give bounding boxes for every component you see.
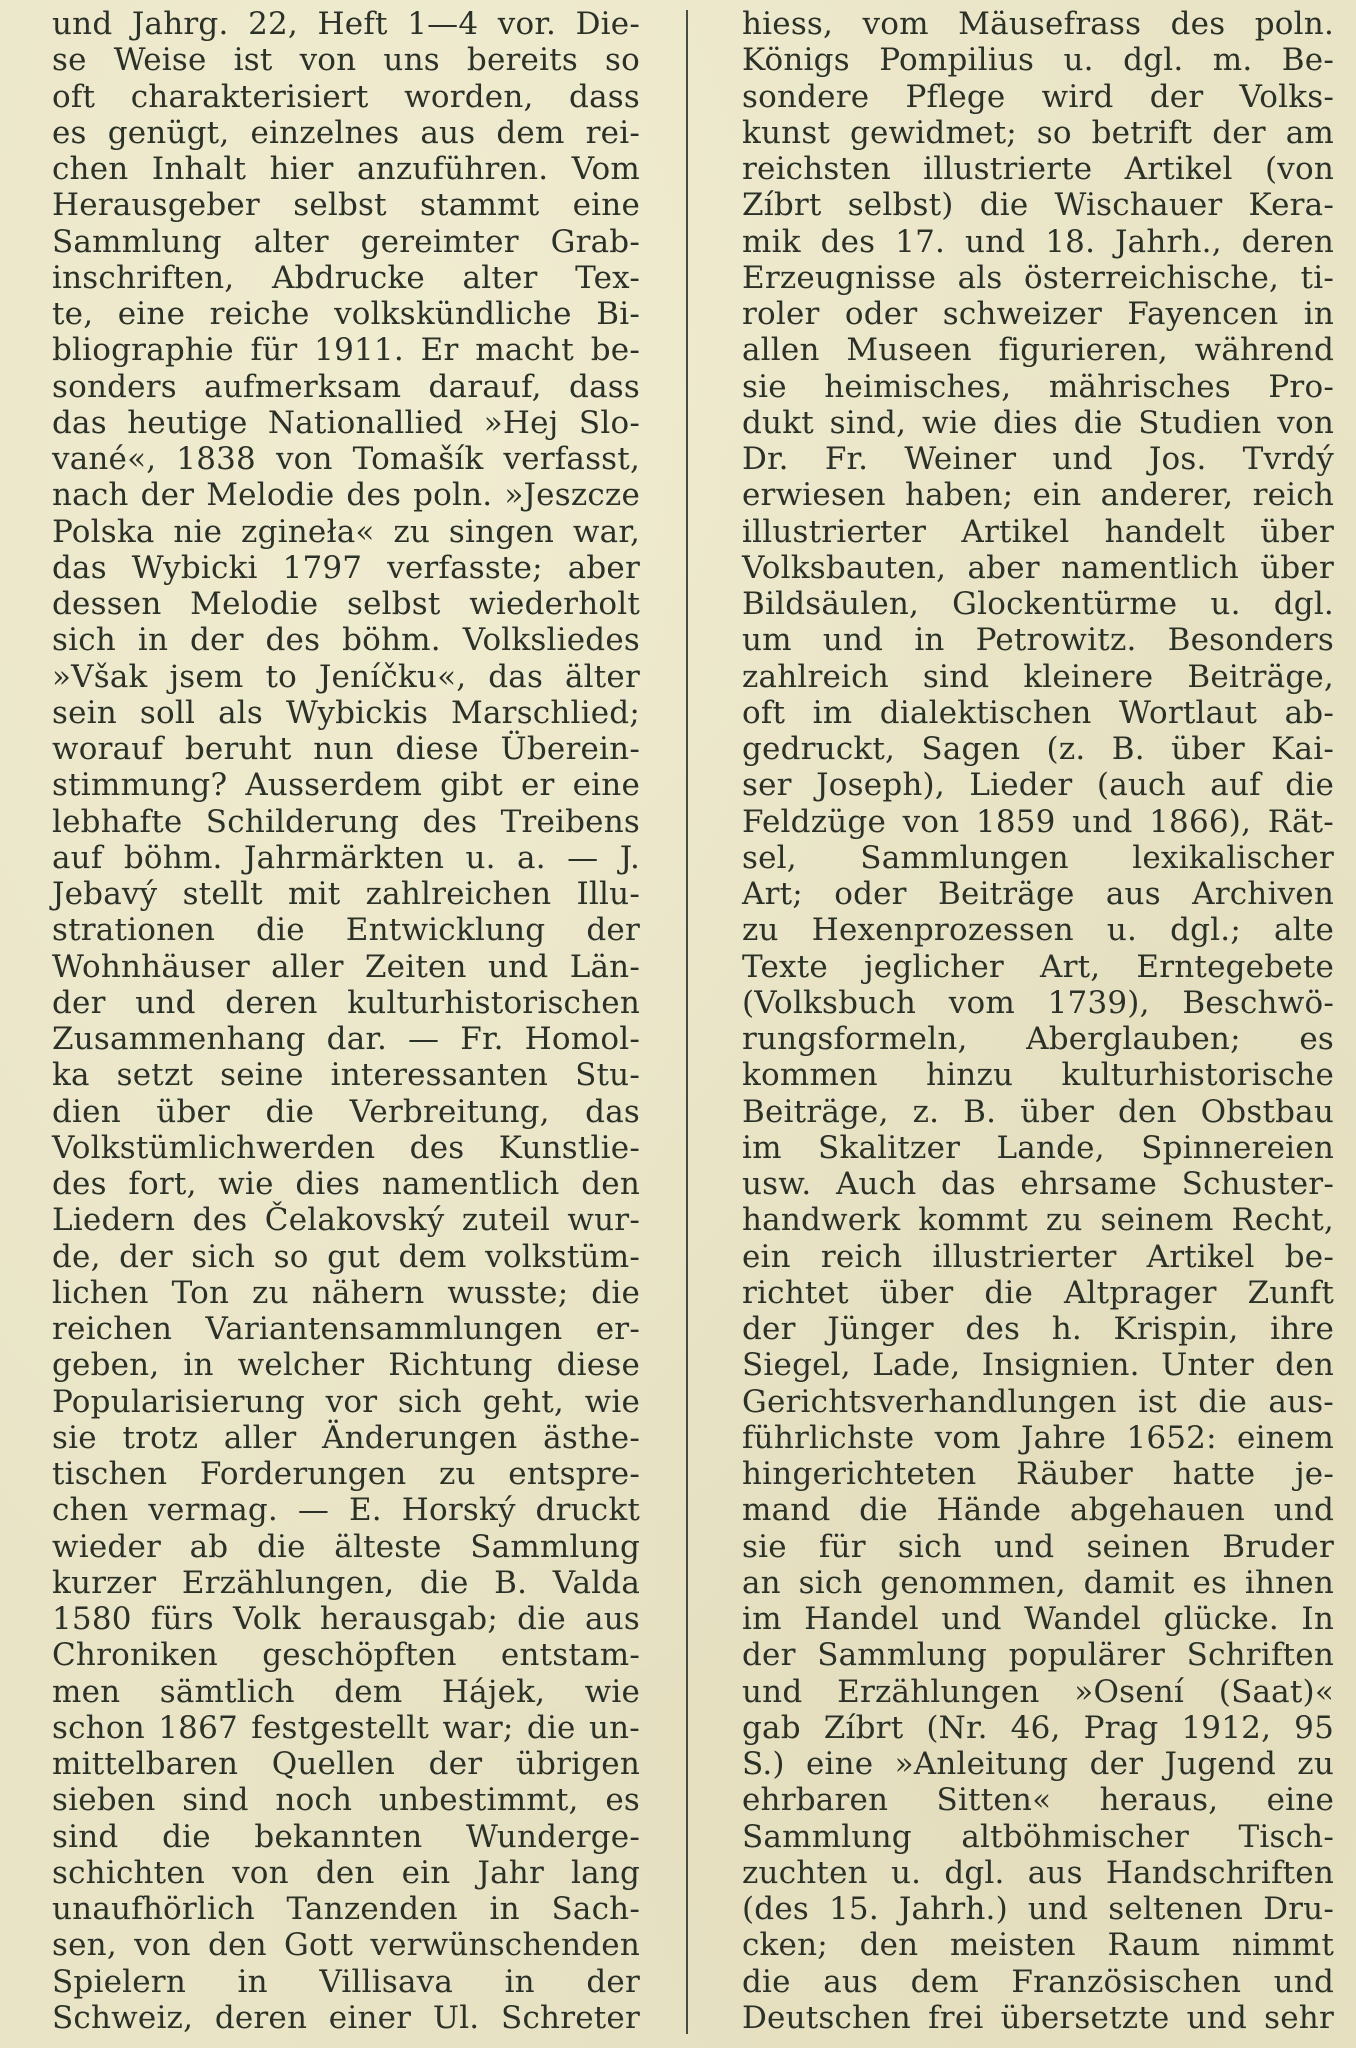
text-line: (des 15. Jahrh.) und seltenen Dru-	[742, 1891, 1334, 1927]
text-line: das heutige Nationallied »Hej Slo-	[52, 405, 640, 441]
text-line: der Jünger des h. Krispin, ihre	[742, 1311, 1334, 1347]
text-line: Volksbauten, aber namentlich über	[742, 550, 1334, 586]
text-line: hiess, vom Mäusefrass des poln.	[742, 6, 1334, 42]
text-line: erwiesen haben; ein anderer, reich	[742, 477, 1334, 513]
text-line: sieben sind noch unbestimmt, es	[52, 1782, 640, 1818]
text-line: Volkstümlichwerden des Kunstlie-	[52, 1130, 640, 1166]
text-line: Gerichtsverhandlungen ist die aus-	[742, 1384, 1334, 1420]
text-line: S.) eine »Anleitung der Jugend zu	[742, 1746, 1334, 1782]
text-line: zu Hexenprozessen u. dgl.; alte	[742, 912, 1334, 948]
text-line: kommen hinzu kulturhistorische	[742, 1057, 1334, 1093]
text-line: Chroniken geschöpften entstam-	[52, 1637, 640, 1673]
text-line: Feldzüge von 1859 und 1866), Rät-	[742, 804, 1334, 840]
text-line: Jebavý stellt mit zahlreichen Illu-	[52, 876, 640, 912]
text-line: Spielern in Villisava in der	[52, 1964, 640, 2000]
text-line: kurzer Erzählungen, die B. Valda	[52, 1565, 640, 1601]
text-line: Schweiz, deren einer Ul. Schreter	[52, 2000, 640, 2036]
text-line: ka setzt seine interessanten Stu-	[52, 1057, 640, 1093]
text-line: bliographie für 1911. Er macht be-	[52, 332, 640, 368]
text-line: chen vermag. — E. Horský druckt	[52, 1492, 640, 1528]
text-line: gab Zíbrt (Nr. 46, Prag 1912, 95	[742, 1710, 1334, 1746]
text-line: strationen die Entwicklung der	[52, 912, 640, 948]
text-line: rungsformeln, Aberglauben; es	[742, 1021, 1334, 1057]
text-line: Siegel, Lade, Insignien. Unter den	[742, 1347, 1334, 1383]
text-line: Liedern des Čelakovský zuteil wur-	[52, 1202, 640, 1238]
right-text-column: hiess, vom Mäusefrass des poln.Königs Po…	[742, 6, 1334, 2036]
text-line: dukt sind, wie dies die Studien von	[742, 405, 1334, 441]
text-line: reichen Variantensammlungen er-	[52, 1311, 640, 1347]
text-line: im Handel und Wandel glücke. In	[742, 1601, 1334, 1637]
text-line: um und in Petrowitz. Besonders	[742, 622, 1334, 658]
text-line: sein soll als Wybickis Marschlied;	[52, 695, 640, 731]
text-line: im Skalitzer Lande, Spinnereien	[742, 1130, 1334, 1166]
text-line: richtet über die Altprager Zunft	[742, 1275, 1334, 1311]
left-text-column: und Jahrg. 22, Heft 1—4 vor. Die-se Weis…	[52, 6, 640, 2036]
text-line: oft im dialektischen Wortlaut ab-	[742, 695, 1334, 731]
text-line: mittelbaren Quellen der übrigen	[52, 1746, 640, 1782]
text-line: handwerk kommt zu seinem Recht,	[742, 1202, 1334, 1238]
text-line: lebhafte Schilderung des Treibens	[52, 804, 640, 840]
text-line: vané«, 1838 von Tomašík verfasst,	[52, 441, 640, 477]
text-line: kunst gewidmet; so betrift der am	[742, 115, 1334, 151]
text-line: tischen Forderungen zu entspre-	[52, 1456, 640, 1492]
text-line: Sammlung alter gereimter Grab-	[52, 224, 640, 260]
text-line: sich in der des böhm. Volksliedes	[52, 622, 640, 658]
text-line: inschriften, Abdrucke alter Tex-	[52, 260, 640, 296]
text-line: zuchten u. dgl. aus Handschriften	[742, 1855, 1334, 1891]
text-line: das Wybicki 1797 verfasste; aber	[52, 550, 640, 586]
text-line: und Erzählungen »Osení (Saat)«	[742, 1674, 1334, 1710]
text-line: sie heimisches, mährisches Pro-	[742, 369, 1334, 405]
text-line: allen Museen figurieren, während	[742, 332, 1334, 368]
text-line: chen Inhalt hier anzuführen. Vom	[52, 151, 640, 187]
text-line: men sämtlich dem Hájek, wie	[52, 1674, 640, 1710]
text-line: sondere Pflege wird der Volks-	[742, 79, 1334, 115]
text-line: oft charakterisiert worden, dass	[52, 79, 640, 115]
text-line: Wohnhäuser aller Zeiten und Län-	[52, 949, 640, 985]
text-line: se Weise ist von uns bereits so	[52, 42, 640, 78]
text-line: cken; den meisten Raum nimmt	[742, 1927, 1334, 1963]
text-line: dien über die Verbreitung, das	[52, 1094, 640, 1130]
text-line: ein reich illustrierter Artikel be-	[742, 1239, 1334, 1275]
text-line: Zusammenhang dar. — Fr. Homol-	[52, 1021, 640, 1057]
text-line: roler oder schweizer Fayencen in	[742, 296, 1334, 332]
text-line: (Volksbuch vom 1739), Beschwö-	[742, 985, 1334, 1021]
text-line: Deutschen frei übersetzte und sehr	[742, 2000, 1334, 2036]
text-line: reichsten illustrierte Artikel (von	[742, 151, 1334, 187]
text-line: lichen Ton zu nähern wusste; die	[52, 1275, 640, 1311]
text-line: sen, von den Gott verwünschenden	[52, 1927, 640, 1963]
text-line: Zíbrt selbst) die Wischauer Kera-	[742, 187, 1334, 223]
text-line: wieder ab die älteste Sammlung	[52, 1529, 640, 1565]
text-line: dessen Melodie selbst wiederholt	[52, 586, 640, 622]
text-line: die aus dem Französischen und	[742, 1964, 1334, 2000]
text-line: der Sammlung populärer Schriften	[742, 1637, 1334, 1673]
text-line: sel, Sammlungen lexikalischer	[742, 840, 1334, 876]
text-line: Bildsäulen, Glockentürme u. dgl.	[742, 586, 1334, 622]
text-line: es genügt, einzelnes aus dem rei-	[52, 115, 640, 151]
text-line: führlichste vom Jahre 1652: einem	[742, 1420, 1334, 1456]
text-line: geben, in welcher Richtung diese	[52, 1347, 640, 1383]
text-line: Erzeugnisse als österreichische, ti-	[742, 260, 1334, 296]
text-line: nach der Melodie des poln. »Jeszcze	[52, 477, 640, 513]
text-line: zahlreich sind kleinere Beiträge,	[742, 659, 1334, 695]
text-line: der und deren kulturhistorischen	[52, 985, 640, 1021]
text-line: Dr. Fr. Weiner und Jos. Tvrdý	[742, 441, 1334, 477]
text-line: mik des 17. und 18. Jahrh., deren	[742, 224, 1334, 260]
text-line: gedruckt, Sagen (z. B. über Kai-	[742, 731, 1334, 767]
text-line: Art; oder Beiträge aus Archiven	[742, 876, 1334, 912]
text-line: sie für sich und seinen Bruder	[742, 1529, 1334, 1565]
text-line: 1580 fürs Volk herausgab; die aus	[52, 1601, 640, 1637]
text-line: stimmung? Ausserdem gibt er eine	[52, 767, 640, 803]
text-line: mand die Hände abgehauen und	[742, 1492, 1334, 1528]
text-line: Texte jeglicher Art, Erntegebete	[742, 949, 1334, 985]
column-divider-rule	[686, 10, 688, 2034]
text-line: Beiträge, z. B. über den Obstbau	[742, 1094, 1334, 1130]
text-line: »Však jsem to Jeníčku«, das älter	[52, 659, 640, 695]
text-line: auf böhm. Jahrmärkten u. a. — J.	[52, 840, 640, 876]
text-line: schichten von den ein Jahr lang	[52, 1855, 640, 1891]
text-line: und Jahrg. 22, Heft 1—4 vor. Die-	[52, 6, 640, 42]
text-line: schon 1867 festgestellt war; die un-	[52, 1710, 640, 1746]
scanned-page: und Jahrg. 22, Heft 1—4 vor. Die-se Weis…	[0, 0, 1356, 2048]
text-line: de, der sich so gut dem volkstüm-	[52, 1239, 640, 1275]
text-line: usw. Auch das ehrsame Schuster-	[742, 1166, 1334, 1202]
text-line: illustrierter Artikel handelt über	[742, 514, 1334, 550]
text-line: hingerichteten Räuber hatte je-	[742, 1456, 1334, 1492]
text-line: sind die bekannten Wunderge-	[52, 1819, 640, 1855]
text-line: Königs Pompilius u. dgl. m. Be-	[742, 42, 1334, 78]
text-line: sie trotz aller Änderungen ästhe-	[52, 1420, 640, 1456]
text-line: sonders aufmerksam darauf, dass	[52, 369, 640, 405]
text-line: Sammlung altböhmischer Tisch-	[742, 1819, 1334, 1855]
text-line: ehrbaren Sitten« heraus, eine	[742, 1782, 1334, 1818]
text-line: Popularisierung vor sich geht, wie	[52, 1384, 640, 1420]
text-line: Polska nie zgineła« zu singen war,	[52, 514, 640, 550]
text-line: des fort, wie dies namentlich den	[52, 1166, 640, 1202]
text-line: te, eine reiche volkskündliche Bi-	[52, 296, 640, 332]
text-line: an sich genommen, damit es ihnen	[742, 1565, 1334, 1601]
text-line: ser Joseph), Lieder (auch auf die	[742, 767, 1334, 803]
text-line: worauf beruht nun diese Überein-	[52, 731, 640, 767]
text-line: Herausgeber selbst stammt eine	[52, 187, 640, 223]
text-line: unaufhörlich Tanzenden in Sach-	[52, 1891, 640, 1927]
